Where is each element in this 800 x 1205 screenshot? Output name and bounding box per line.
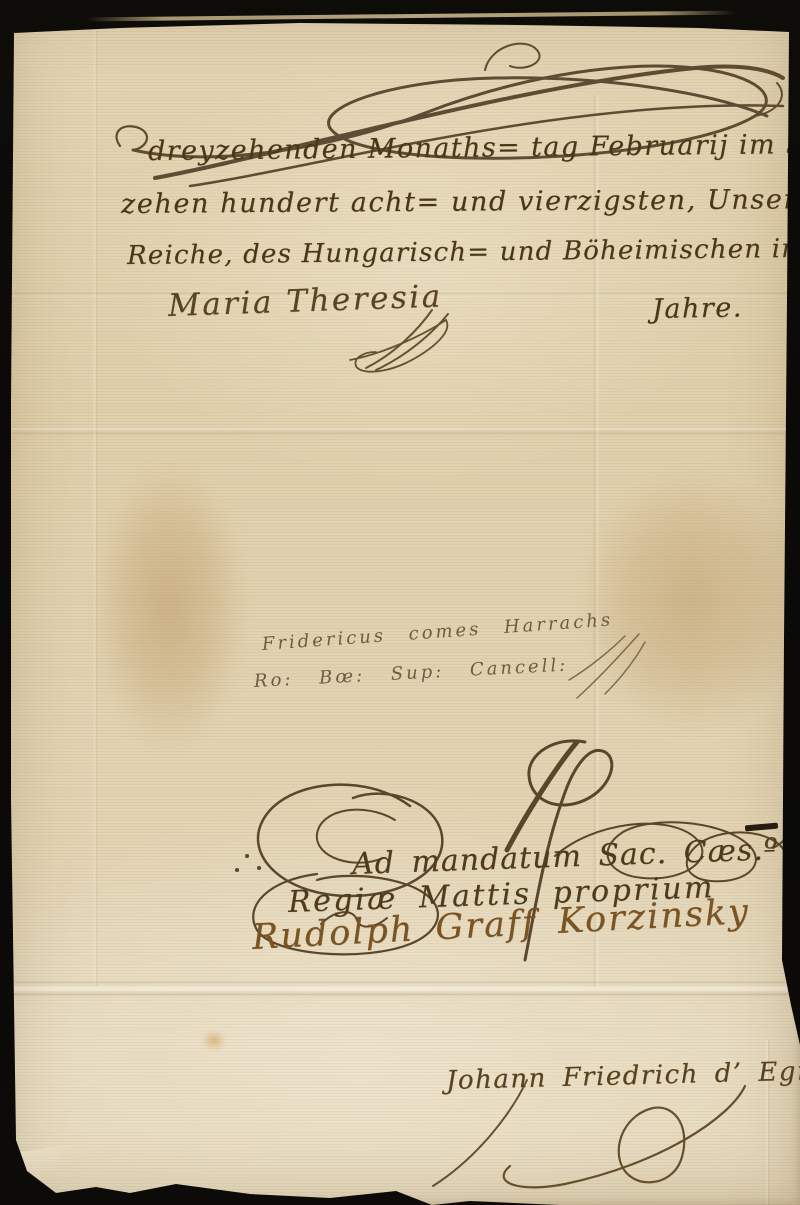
signature-paraph-flourish bbox=[320, 308, 460, 378]
horizontal-fold-crease bbox=[12, 428, 788, 436]
body-line-4: Jahre. bbox=[652, 292, 743, 325]
countersignature-line-2: Regiæ Mattis proprium bbox=[287, 870, 715, 920]
body-line-3: Reiche, des Hungarisch= und Böheimischen… bbox=[127, 233, 800, 271]
body-line-2: zehen hundert acht= und vierzigsten, Uns… bbox=[121, 184, 800, 220]
registrar-signature-flourish bbox=[415, 1078, 785, 1203]
heavy-ink-dash bbox=[745, 823, 778, 832]
vertical-fold-crease bbox=[593, 95, 599, 987]
chancery-note-flourish bbox=[565, 628, 655, 708]
manuscript-paper: dreyzehenden Monaths= tag Februarij im S… bbox=[0, 0, 800, 1205]
chancery-note-line-1: Fridericus comes Harrachs bbox=[261, 609, 614, 654]
top-calligraphic-flourish bbox=[95, 28, 795, 198]
paper-top-edge-sliver bbox=[86, 11, 736, 22]
age-stain bbox=[92, 462, 247, 752]
chancery-note-line-2: Ro: Bœ: Sup: Cancell: bbox=[253, 655, 568, 692]
corner-fold-highlight bbox=[14, 1143, 80, 1184]
registrar-signature: Johann Friedrich d’ Egner. bbox=[446, 1055, 800, 1096]
vertical-fold-crease bbox=[93, 30, 98, 986]
horizontal-fold-crease bbox=[12, 292, 788, 297]
horizontal-fold-crease bbox=[11, 981, 800, 997]
vertical-fold-crease bbox=[765, 1040, 770, 1205]
age-stain-small bbox=[202, 1030, 226, 1051]
manuscript-photo: dreyzehenden Monaths= tag Februarij im S… bbox=[0, 0, 800, 1205]
countersignature-initial-flourish bbox=[225, 728, 795, 968]
body-line-1: dreyzehenden Monaths= tag Februarij im S… bbox=[148, 128, 800, 167]
maria-theresia-signature: Maria Theresia bbox=[167, 278, 443, 324]
age-stain bbox=[580, 468, 800, 733]
countersignature-line-1: Ad mandatum Sac. Cæs.º ⸗ bbox=[351, 831, 800, 882]
korzinsky-signature: Rudolph Graff Korzinsky bbox=[251, 892, 751, 958]
